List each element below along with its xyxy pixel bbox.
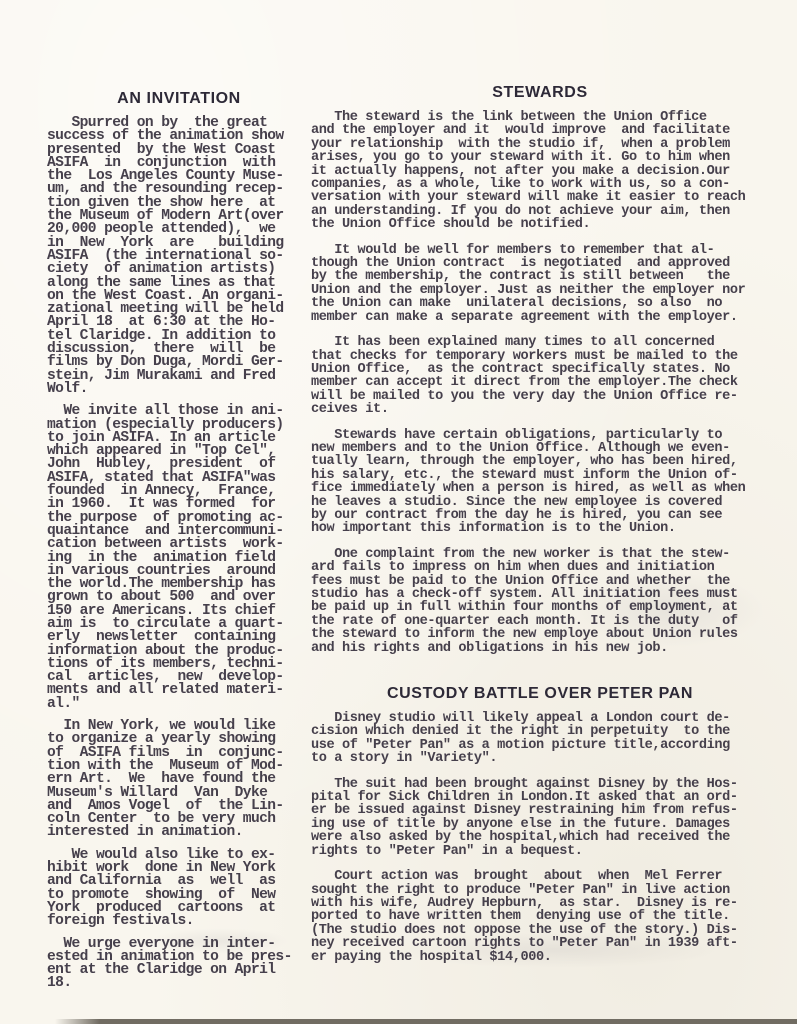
text-line: Court action was brought about when Mel …: [311, 870, 769, 883]
text-line: that checks for temporary workers must b…: [311, 350, 769, 363]
text-line: an understanding. If you do not achieve …: [311, 205, 769, 218]
text-line: It has been explained many times to all …: [311, 336, 769, 349]
text-line: how important this information is to the…: [311, 522, 769, 535]
newsletter-page: AN INVITATION Spurred on by the greatsuc…: [0, 0, 797, 1024]
text-line: the Union can make unilateral decisions,…: [311, 297, 769, 310]
text-line: The steward is the link between the Unio…: [311, 111, 769, 124]
text-line: interested in animation.: [47, 826, 311, 839]
text-line: (The studio does not oppose the use of t…: [311, 924, 769, 937]
paragraph: It has been explained many times to all …: [311, 336, 769, 416]
text-line: he leaves a studio. Since the new employ…: [311, 496, 769, 509]
text-line: Wolf.: [47, 383, 311, 396]
text-line: the Union Office should be notified.: [311, 218, 769, 231]
text-line: the steward to inform the new employe ab…: [311, 628, 769, 641]
section-body-custody-battle: Disney studio will likely appeal a Londo…: [311, 712, 769, 964]
paragraph: We would also like to ex-hibit work done…: [47, 849, 311, 929]
text-line: er paying the hospital $14,000.: [311, 951, 769, 964]
text-line: al.": [47, 698, 311, 711]
text-line: were also asked by the hospital,which ha…: [311, 831, 769, 844]
text-line: be paid up in full within four months of…: [311, 601, 769, 614]
section-body-an-invitation: Spurred on by the greatsuccess of the an…: [47, 117, 311, 991]
text-line: your relationship with the studio if, wh…: [311, 138, 769, 151]
paragraph: Court action was brought about when Mel …: [311, 870, 769, 964]
text-line: fees must be paid to the Union Office an…: [311, 575, 769, 588]
paragraph: Disney studio will likely appeal a Londo…: [311, 712, 769, 766]
section-heading-custody-battle: CUSTODY BATTLE OVER PETER PAN: [311, 685, 769, 703]
text-line: versation with your steward will make it…: [311, 191, 769, 204]
text-line: The suit had been brought against Disney…: [311, 778, 769, 791]
text-line: ney received cartoon rights to "Peter Pa…: [311, 937, 769, 950]
section-an-invitation: AN INVITATION Spurred on by the greatsuc…: [47, 90, 311, 991]
text-line: with his wife, Audrey Hepburn, as star. …: [311, 897, 769, 910]
text-line: new members and to the Union Office. Alt…: [311, 442, 769, 455]
text-line: ported to have written them denying use …: [311, 910, 769, 923]
right-column: STEWARDS The steward is the link between…: [311, 84, 769, 964]
section-heading-stewards: STEWARDS: [311, 84, 769, 102]
paragraph: In New York, we would liketo organize a …: [47, 720, 311, 840]
section-heading-an-invitation: AN INVITATION: [47, 90, 311, 108]
text-line: 18.: [47, 977, 311, 990]
paragraph: The suit had been brought against Disney…: [311, 778, 769, 858]
text-line: Union and the employer. Just as neither …: [311, 284, 769, 297]
section-body-stewards: The steward is the link between the Unio…: [311, 111, 769, 655]
text-line: fice immediately when a person is hired,…: [311, 482, 769, 495]
paragraph: Spurred on by the greatsuccess of the an…: [47, 117, 311, 396]
text-line: tually learn, through the employer, who …: [311, 455, 769, 468]
text-line: sought the right to produce "Peter Pan" …: [311, 884, 769, 897]
text-line: will be mailed to you the very day the U…: [311, 390, 769, 403]
paragraph: Stewards have certain obligations, parti…: [311, 429, 769, 536]
text-line: rights to "Peter Pan" in a bequest.: [311, 845, 769, 858]
text-line: it actually happens, not after you make …: [311, 165, 769, 178]
text-line: Disney studio will likely appeal a Londo…: [311, 712, 769, 725]
text-line: ceives it.: [311, 403, 769, 416]
paragraph: The steward is the link between the Unio…: [311, 111, 769, 232]
paragraph: One complaint from the new worker is tha…: [311, 548, 769, 655]
text-line: by our contract from the day he is hired…: [311, 509, 769, 522]
text-line: member can make a separate agreement wit…: [311, 311, 769, 324]
text-line: pital for Sick Children in London.It ask…: [311, 791, 769, 804]
text-line: cision which denied it the right in perp…: [311, 725, 769, 738]
text-line: by the membership, the contract is still…: [311, 270, 769, 283]
paragraph: It would be well for members to remember…: [311, 244, 769, 324]
text-line: ent at the Claridge on April: [47, 964, 311, 977]
text-line: foreign festivals.: [47, 915, 311, 928]
text-line: arises, you go to your steward with it. …: [311, 151, 769, 164]
text-line: and his rights and obligations in his ne…: [311, 642, 769, 655]
section-custody-battle: CUSTODY BATTLE OVER PETER PAN Disney stu…: [311, 685, 769, 964]
text-line: use of "Peter Pan" as a motion picture t…: [311, 739, 769, 752]
text-line: though the Union contract is negotiated …: [311, 257, 769, 270]
text-line: member can accept it direct from the emp…: [311, 376, 769, 389]
page-bottom-edge-shadow: [55, 1019, 797, 1024]
text-line: ing use of title by anyone else in the f…: [311, 818, 769, 831]
text-line: Union Office, as the contract specifical…: [311, 363, 769, 376]
text-line: the rate of one-quarter each month. It i…: [311, 615, 769, 628]
text-line: Stewards have certain obligations, parti…: [311, 429, 769, 442]
text-line: er be issued against Disney restraining …: [311, 804, 769, 817]
text-line: and the employer and it would improve an…: [311, 124, 769, 137]
text-line: ments and all related materi-: [47, 684, 311, 697]
text-line: It would be well for members to remember…: [311, 244, 769, 257]
paragraph: We urge everyone in inter-ested in anima…: [47, 938, 311, 991]
text-line: ard fails to impress on him when dues an…: [311, 561, 769, 574]
section-stewards: STEWARDS The steward is the link between…: [311, 84, 769, 655]
text-line: companies, as a whole, like to work with…: [311, 178, 769, 191]
text-line: studio has a check-off system. All initi…: [311, 588, 769, 601]
paragraph: We invite all those in ani-mation (espec…: [47, 405, 311, 711]
left-column: AN INVITATION Spurred on by the greatsuc…: [47, 90, 311, 991]
text-line: One complaint from the new worker is tha…: [311, 548, 769, 561]
text-line: to a story in "Variety".: [311, 752, 769, 765]
text-line: his salary, etc., the steward must infor…: [311, 469, 769, 482]
